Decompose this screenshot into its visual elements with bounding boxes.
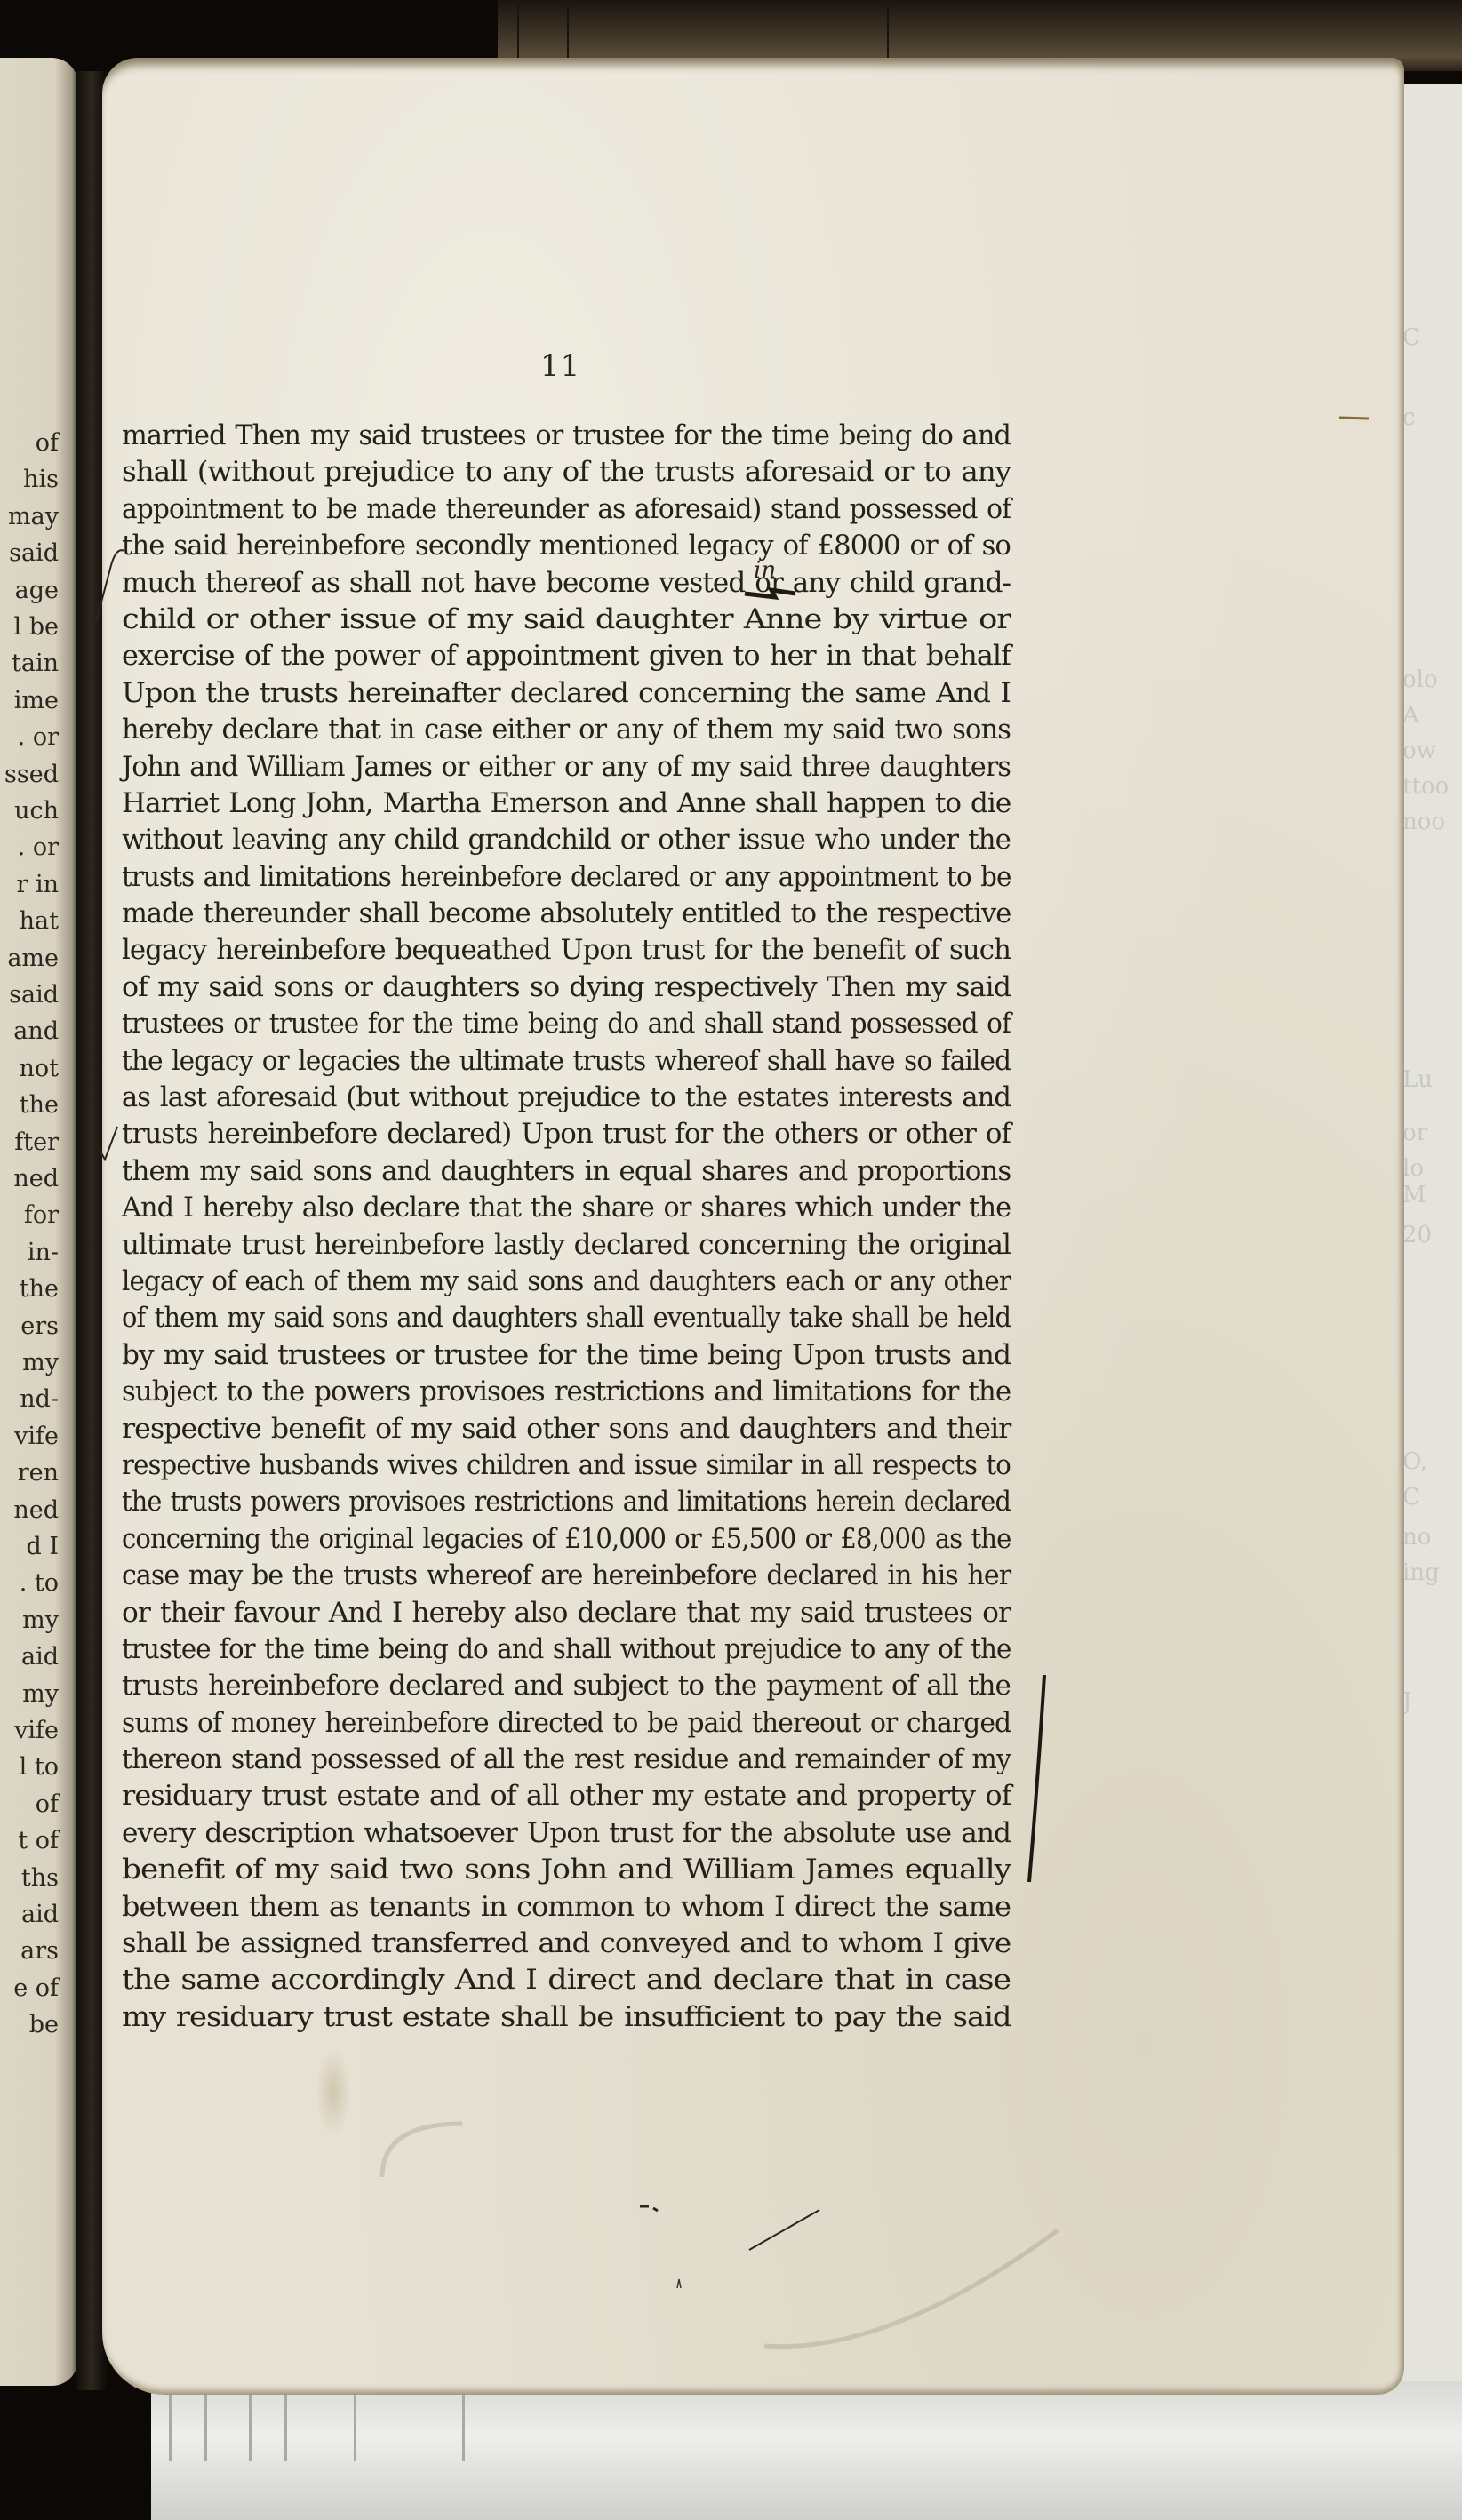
margin-tick (98, 1127, 117, 1160)
margin-dash (1339, 418, 1369, 419)
pencil-stroke (749, 2210, 819, 2250)
strike-mark (745, 590, 795, 597)
ink-dots (640, 2206, 658, 2211)
margin-caret (96, 550, 124, 622)
paper-crease (382, 2124, 462, 2177)
pencil-marks (0, 0, 1462, 2520)
paper-crease (764, 2230, 1058, 2347)
pencil-caret (677, 2279, 681, 2288)
margin-bracket (1029, 1675, 1044, 1882)
